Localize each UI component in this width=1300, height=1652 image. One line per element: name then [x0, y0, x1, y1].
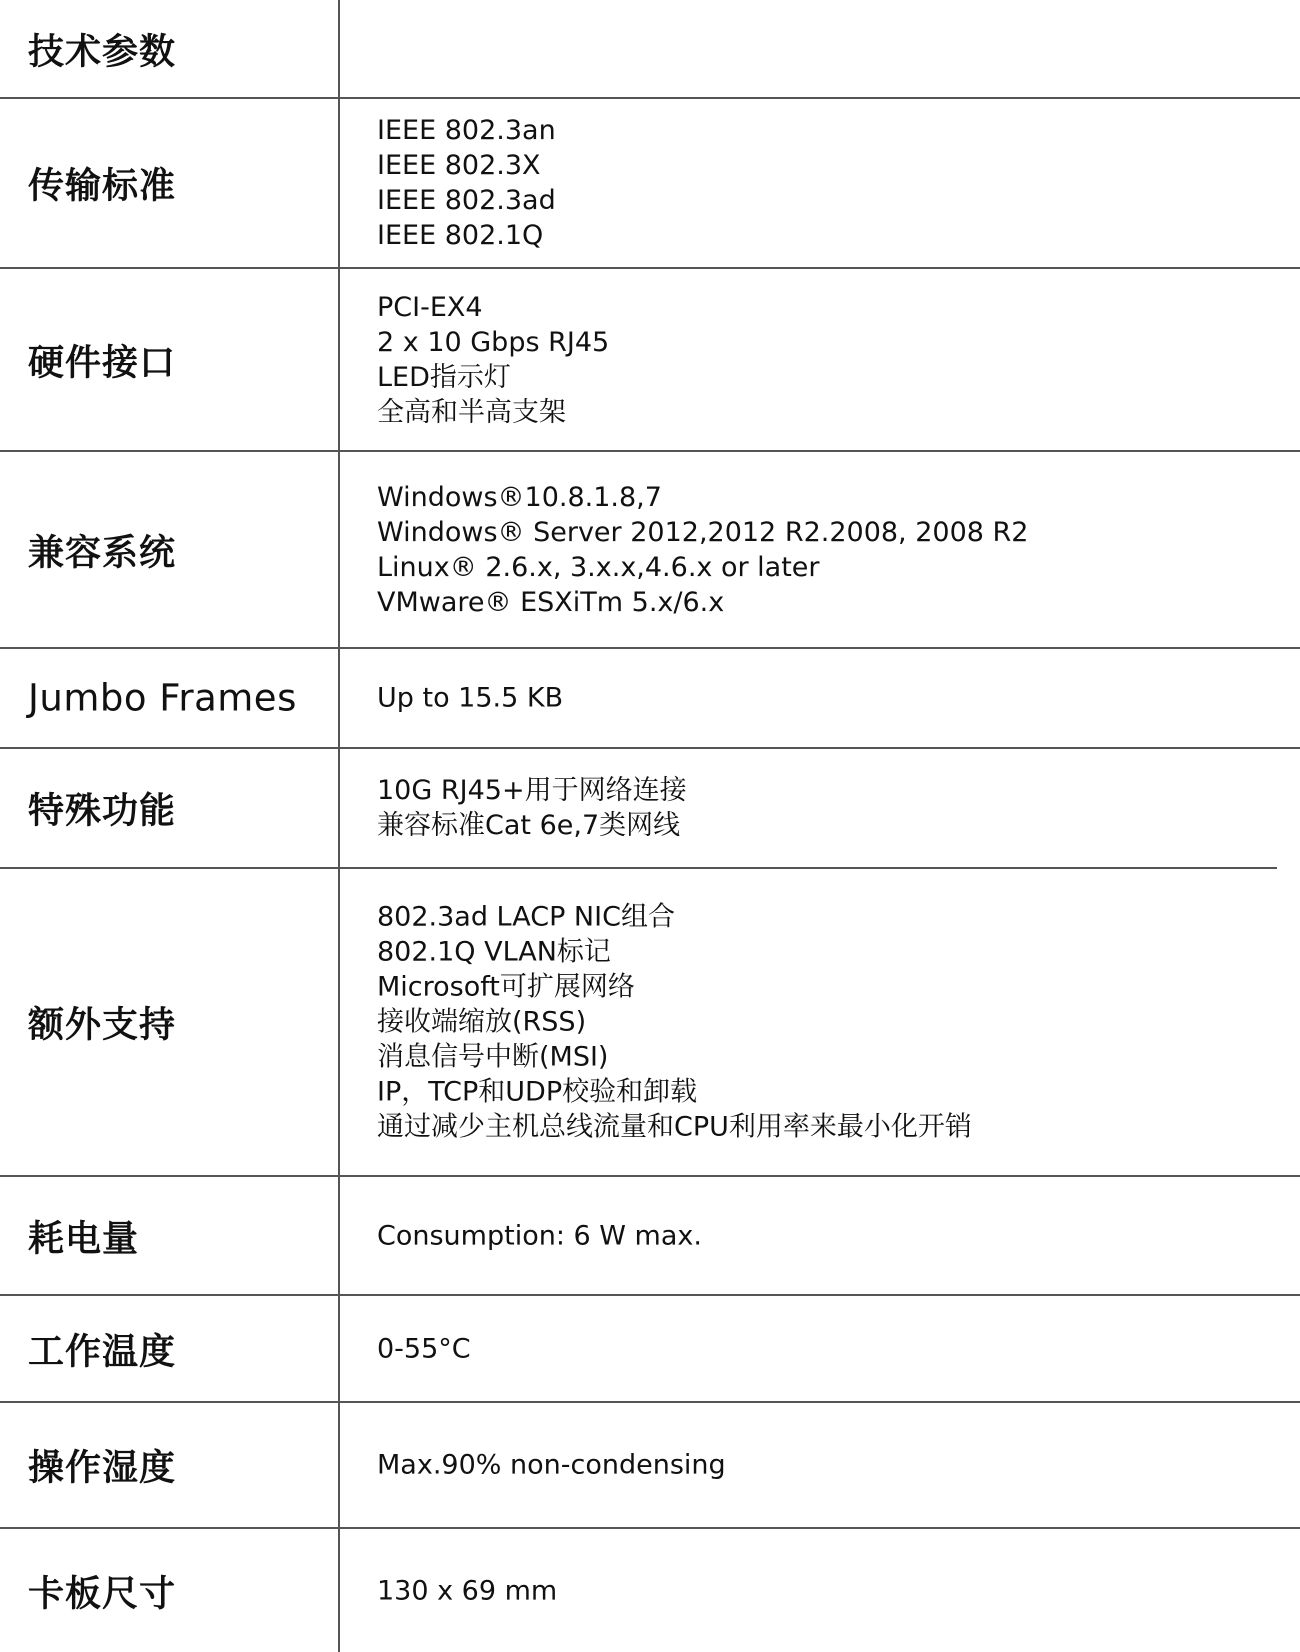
table-row: 硬件接口 PCI-EX4 2 x 10 Gbps RJ45 LED指示灯 全高和…	[0, 269, 1300, 450]
table-row: 耗电量 Consumption: 6 W max.	[0, 1177, 1300, 1294]
table-row: 额外支持 802.3ad LACP NIC组合 802.1Q VLAN标记 Mi…	[0, 869, 1300, 1175]
row-label: 卡板尺寸	[28, 1565, 176, 1616]
table-title: 技术参数	[28, 23, 176, 74]
row-value: IEEE 802.3an IEEE 802.3X IEEE 802.3ad IE…	[377, 113, 556, 253]
row-label: 传输标准	[28, 158, 176, 209]
table-header-row: 技术参数	[0, 0, 1300, 97]
row-value: 10G RJ45+用于网络连接 兼容标准Cat 6e,7类网线	[377, 773, 687, 843]
row-label: 额外支持	[28, 997, 176, 1048]
table-row: 操作湿度 Max.90% non-condensing	[0, 1403, 1300, 1527]
row-value: Windows®10.8.1.8,7 Windows® Server 2012,…	[377, 480, 1028, 620]
row-value: Consumption: 6 W max.	[377, 1218, 702, 1253]
table-row: 卡板尺寸 130 x 69 mm	[0, 1529, 1300, 1652]
table-row: Jumbo Frames Up to 15.5 KB	[0, 649, 1300, 747]
row-value: PCI-EX4 2 x 10 Gbps RJ45 LED指示灯 全高和半高支架	[377, 290, 609, 430]
table-row: 兼容系统 Windows®10.8.1.8,7 Windows® Server …	[0, 452, 1300, 647]
row-value: Up to 15.5 KB	[377, 681, 563, 716]
table-row: 工作温度 0-55°C	[0, 1296, 1300, 1401]
row-value: 0-55°C	[377, 1331, 471, 1366]
table-row: 特殊功能 10G RJ45+用于网络连接 兼容标准Cat 6e,7类网线	[0, 749, 1300, 867]
row-value: 802.3ad LACP NIC组合 802.1Q VLAN标记 Microso…	[377, 900, 972, 1145]
row-label: 特殊功能	[28, 783, 176, 834]
row-label: 兼容系统	[28, 524, 176, 575]
row-label: 操作湿度	[28, 1440, 176, 1491]
row-value: Max.90% non-condensing	[377, 1448, 726, 1483]
row-label: 工作温度	[28, 1323, 176, 1374]
row-label: 耗电量	[28, 1210, 139, 1261]
row-value: 130 x 69 mm	[377, 1573, 557, 1608]
table-row: 传输标准 IEEE 802.3an IEEE 802.3X IEEE 802.3…	[0, 99, 1300, 267]
row-label: 硬件接口	[28, 334, 176, 385]
row-label: Jumbo Frames	[28, 677, 297, 720]
